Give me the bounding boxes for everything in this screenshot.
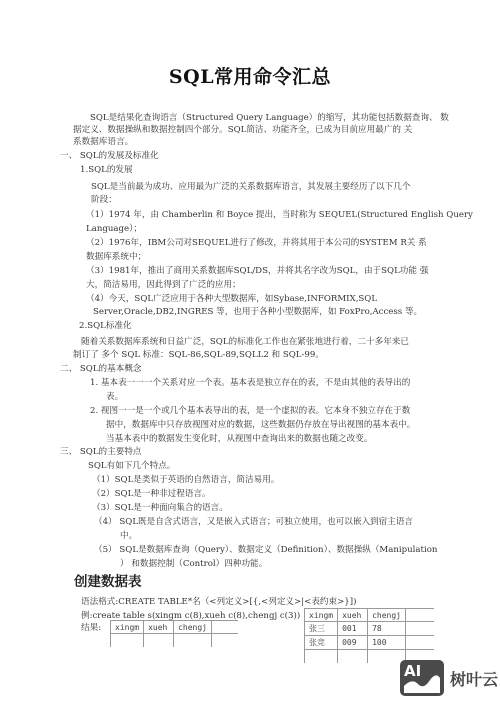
sec1-1-line-9: （4）今天，SQL广泛应用于各种大型数据库，如Sybase,INFORMIX,S… (86, 294, 377, 305)
table-header-cell: xingm (111, 621, 144, 634)
document-page: SQL常用命令汇总 SQL是结果化查询语言（Structured Query L… (0, 0, 500, 707)
sec1-1-line-7: （3）1981年，推出了商用关系数据库SQL/DS，并将其名字改为SQL，由于S… (86, 266, 428, 277)
table-header-cell: chengj (174, 621, 212, 634)
table-header-cell: xueh (144, 621, 174, 634)
table-cell: 001 (338, 622, 368, 636)
sec3-line-5: （4） SQL既是自含式语言，又是嵌入式语言；可独立使用，也可以嵌入到宿主语言 (94, 517, 413, 528)
document-title: SQL常用命令汇总 (0, 62, 500, 89)
sec1-1-line-8: 大，简洁易用，因此得到了广泛的应用； (86, 280, 241, 291)
table-header-cell (212, 621, 238, 634)
table-header-cell: xingm (305, 609, 338, 622)
table-cell: 100 (368, 636, 406, 650)
section-1-heading: 一、 SQL的发展及标准化 (60, 151, 159, 162)
watermark: AI 树叶云 (400, 660, 498, 696)
table-cell: 张三 (305, 622, 338, 636)
table-row (111, 634, 238, 647)
sec3-line-1: SQL有如下几个特点。 (88, 461, 175, 472)
intro-line-3: 系数据库语言。 (73, 137, 133, 148)
sec2-line-1: 1. 基本表一一一个关系对应一个表。基本表是独立存在的表，不是由其他的表导出的 (90, 378, 410, 389)
table-cell (111, 634, 144, 647)
filled-result-table: xingm xueh chengj 张三 001 78 张竞 009 100 (304, 608, 434, 663)
table-row: 张三 001 78 (305, 622, 434, 636)
table-cell: 009 (338, 636, 368, 650)
intro-line-1: SQL是结果化查询语言（Structured Query Language）的缩… (90, 113, 449, 124)
empty-result-table: xingm xueh chengj (110, 620, 238, 647)
sec1-1-line-1: SQL是当前最为成功、应用最为广泛的关系数据库语言，其发展主要经历了以下几个 (91, 182, 410, 193)
sec3-line-8: ） 和数据控制（Control）四种功能。 (120, 559, 267, 570)
result-label: 结果: (81, 623, 101, 634)
table-header-row: xingm xueh chengj (111, 621, 238, 634)
sec3-line-7: （5） SQL是数据库查询（Query）、数据定义（Definition）、数据… (94, 545, 437, 556)
sec1-1-line-2: 阶段： (91, 195, 117, 206)
watermark-text: 树叶云 (450, 667, 498, 690)
table-cell (406, 622, 434, 636)
sec2-line-2: 表。 (106, 392, 123, 403)
intro-line-2: 据定义、数据操纵和数据控制四个部分。SQL简洁、功能齐全，已成为目前应用最广的 … (73, 125, 412, 136)
sec1-2-line-2: 制订了 多个 SQL 标准：SQL-86,SQL-89,SQLL2 和 SQL-… (73, 350, 324, 361)
section-1-2-heading: 2.SQL标准化 (79, 321, 132, 332)
create-table-heading: 创建数据表 (74, 570, 142, 590)
sec1-1-line-6: 数据库系统中； (86, 252, 146, 263)
table-header-cell: xueh (338, 609, 368, 622)
table-header-cell (406, 609, 434, 622)
sec1-1-line-3: （1）1974 年，由 Chamberlin 和 Boyce 提出，当时称为 S… (86, 210, 473, 221)
ai-logo-icon: AI (400, 660, 444, 696)
sec3-line-6: 中。 (120, 531, 137, 542)
table-cell (305, 650, 338, 663)
table-cell (212, 634, 238, 647)
sec3-line-2: （1）SQL是类似于英语的自然语言，简洁易用。 (92, 475, 279, 486)
section-2-heading: 二、 SQL的基本概念 (60, 364, 142, 375)
section-3-heading: 三、 SQL的主要特点 (60, 447, 142, 458)
table-cell: 张竞 (305, 636, 338, 650)
sec3-line-4: （3）SQL是一种面向集合的语言。 (92, 503, 228, 514)
sec1-1-line-4: Language）； (86, 224, 142, 235)
sec1-1-line-5: （2）1976年，IBM公司对SEQUEL进行了修改，并将其用于本公司的SYST… (86, 238, 427, 249)
sec2-line-4: 据中，数据库中只存放视图对应的数据，这些数据仍存放在导出视图的基本表中。 (106, 420, 415, 431)
sec2-line-3: 2. 视图一一是一个或几个基本表导出的表，是一个虚拟的表。它本身不独立存在于数 (90, 406, 410, 417)
create-table-syntax: 语法格式:CREATE TABLE*名（<列定义>[{,<列定义>|<表约束>}… (81, 597, 356, 608)
sec1-1-line-10: Server,Oracle,DB2,INGRES 等，也用于各种小型数据库，如 … (93, 307, 422, 318)
sec2-line-5: 当基本表中的数据发生变化时，从视图中查询出来的数据也随之改变。 (106, 434, 372, 445)
table-cell: 78 (368, 622, 406, 636)
table-header-row: xingm xueh chengj (305, 609, 434, 622)
sec3-line-3: （2）SQL是一种非过程语言。 (92, 489, 211, 500)
table-cell (338, 650, 368, 663)
table-header-cell: chengj (368, 609, 406, 622)
section-1-1-heading: 1.SQL的发展 (80, 165, 133, 176)
table-cell (406, 636, 434, 650)
sec1-2-line-1: 随着关系数据库系统和日益广泛，SQL的标准化工作也在紧张地进行着，二十多年来已 (81, 337, 409, 348)
table-cell (174, 634, 212, 647)
table-cell (144, 634, 174, 647)
table-row: 张竞 009 100 (305, 636, 434, 650)
